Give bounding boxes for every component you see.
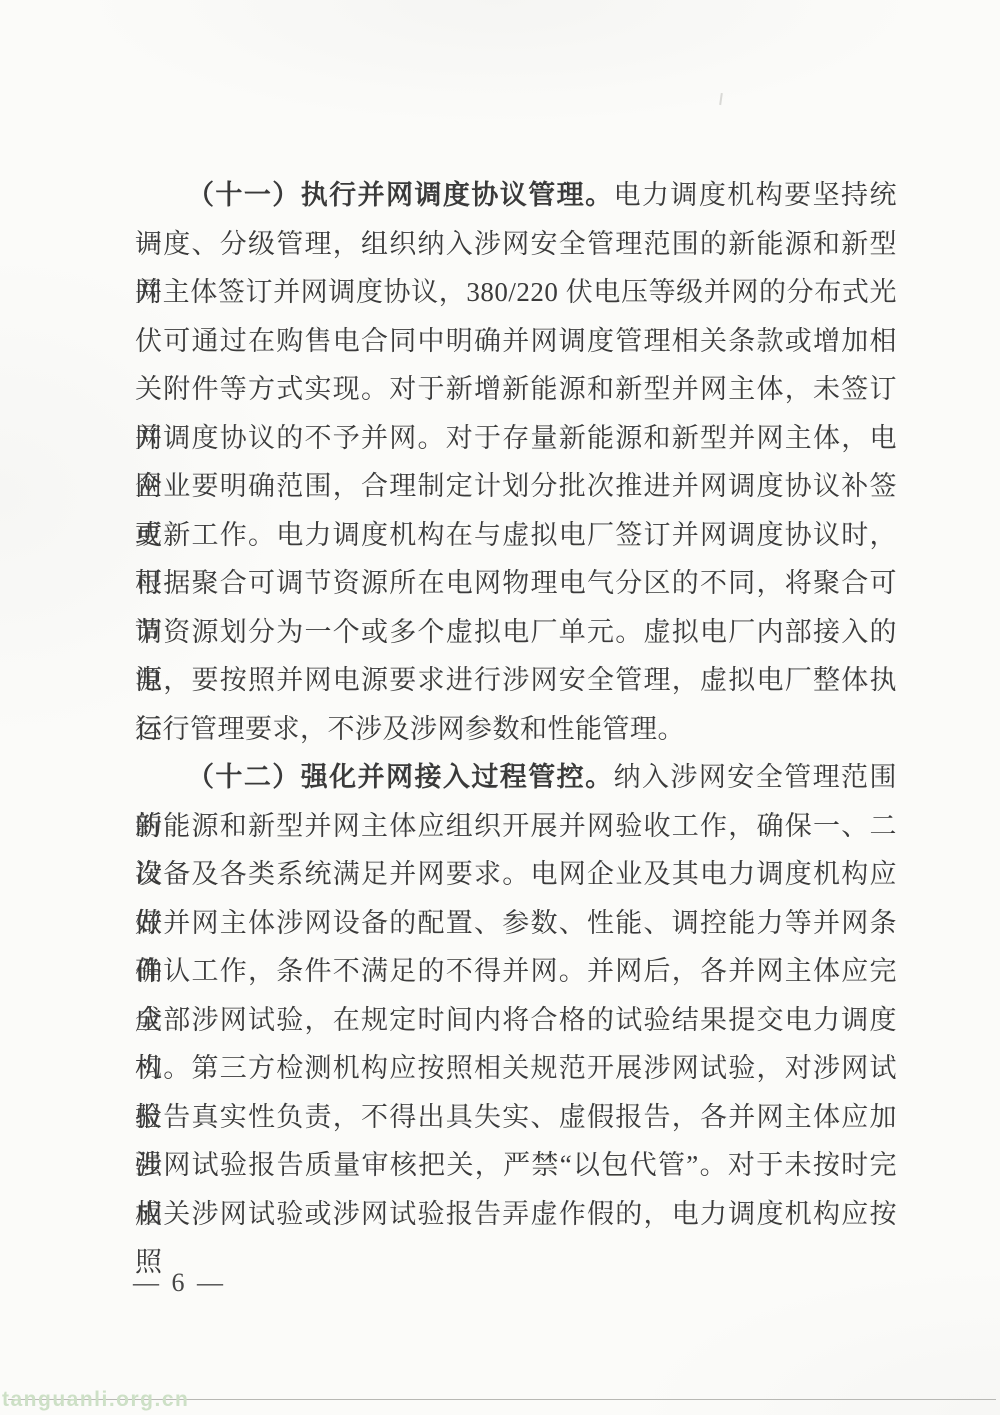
text-line: 报告真实性负责，不得出具失实、虚假报告，各并网主体应加强: [135, 1093, 897, 1142]
paragraph-11: （十一）执行并网调度协议管理。电力调度机构要坚持统一 调度、分级管理，组织纳入涉…: [135, 171, 897, 753]
text-line: 网主体签订并网调度协议，380/220 伏电压等级并网的分布式光: [135, 268, 897, 317]
clause-12-heading: （十二）强化并网接入过程管控。: [187, 762, 614, 792]
text-line: 伏可通过在购售电合同中明确并网调度管理相关条款或增加相: [135, 317, 897, 366]
document-body: （十一）执行并网调度协议管理。电力调度机构要坚持统一 调度、分级管理，组织纳入涉…: [135, 171, 897, 1238]
text-line: 确认工作，条件不满足的不得并网。并网后，各并网主体应完成: [135, 947, 897, 996]
clause-11-heading: （十一）执行并网调度协议管理。: [187, 180, 614, 210]
paragraph-12: （十二）强化并网接入过程管控。纳入涉网安全管理范围的 新能源和新型并网主体应组织…: [135, 753, 897, 1238]
text-line: 新能源和新型并网主体应组织开展并网验收工作，确保一、二次: [135, 802, 897, 851]
text-line: 好并网主体涉网设备的配置、参数、性能、调控能力等并网条件: [135, 899, 897, 948]
text-line: 节资源划分为一个或多个虚拟电厂单元。虚拟电厂内部接入的电: [135, 608, 897, 657]
text-line: 源，要按照并网电源要求进行涉网安全管理，虚拟电厂整体执行: [135, 656, 897, 705]
text-line: 设备及各类系统满足并网要求。电网企业及其电力调度机构应做: [135, 850, 897, 899]
text-line: 网调度协议的不予并网。对于存量新能源和新型并网主体，电网: [135, 414, 897, 463]
text-line: 运行管理要求，不涉及涉网参数和性能管理。: [135, 705, 897, 754]
text-line: 关附件等方式实现。对于新增新能源和新型并网主体，未签订并: [135, 365, 897, 414]
document-page: （十一）执行并网调度协议管理。电力调度机构要坚持统一 调度、分级管理，组织纳入涉…: [0, 0, 1000, 1415]
text-line: 构。第三方检测机构应按照相关规范开展涉网试验，对涉网试验: [135, 1044, 897, 1093]
scan-speck: [719, 93, 723, 105]
text-line: 全部涉网试验，在规定时间内将合格的试验结果提交电力调度机: [135, 996, 897, 1045]
text-line: 企业要明确范围，合理制定计划分批次推进并网调度协议补签或: [135, 462, 897, 511]
text-line: 更新工作。电力调度机构在与虚拟电厂签订并网调度协议时，可: [135, 511, 897, 560]
text-line: 调度、分级管理，组织纳入涉网安全管理范围的新能源和新型并: [135, 220, 897, 269]
text-line: （十二）强化并网接入过程管控。纳入涉网安全管理范围的: [135, 753, 897, 802]
text-line: 相关涉网试验或涉网试验报告弄虚作假的，电力调度机构应按照: [135, 1190, 897, 1239]
watermark: tanguanli.org.cn: [2, 1388, 189, 1412]
text-line: 根据聚合可调节资源所在电网物理电气分区的不同，将聚合可调: [135, 559, 897, 608]
text-line: 涉网试验报告质量审核把关，严禁“以包代管”。对于未按时完成: [135, 1141, 897, 1190]
text-line: （十一）执行并网调度协议管理。电力调度机构要坚持统一: [135, 171, 897, 220]
page-number: — 6 —: [133, 1268, 226, 1298]
